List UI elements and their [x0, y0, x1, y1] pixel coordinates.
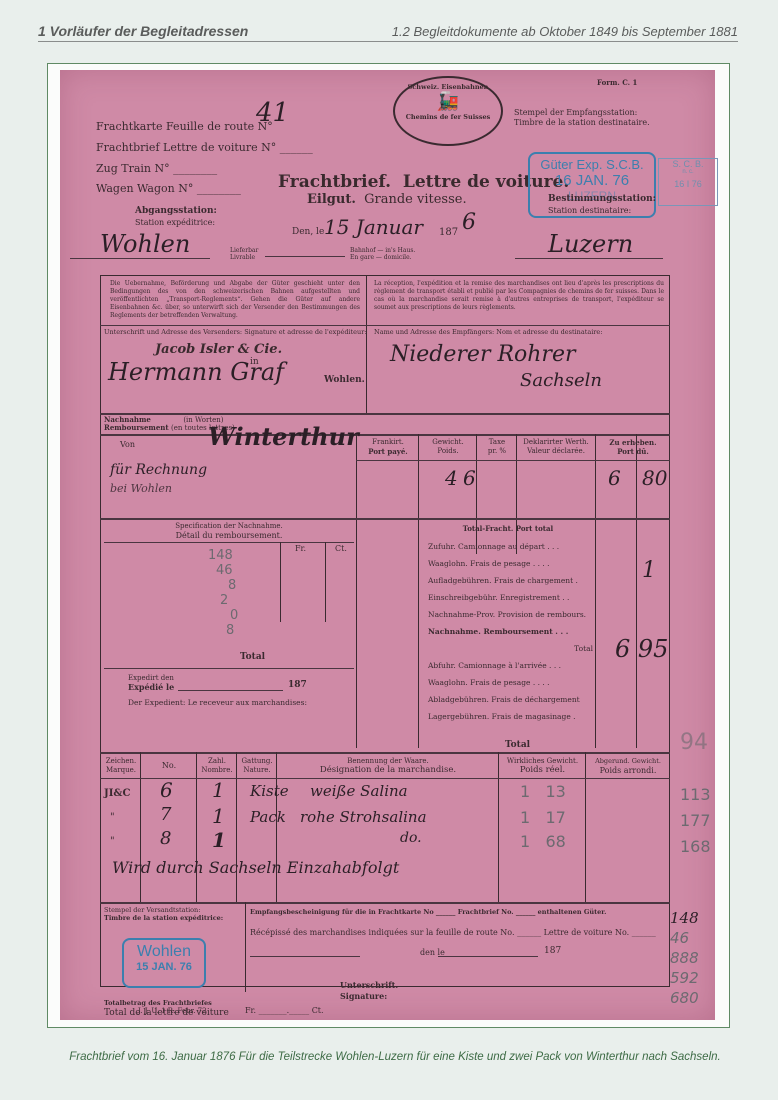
designation-header: Benennung der Waare.Désignation de la ma…: [278, 757, 498, 775]
document-subtitle: Eilgut. Grande vitesse.: [307, 192, 467, 207]
nature-header: Gattung.Nature.: [238, 757, 276, 775]
fee-row: Abfuhr. Camionnage à l'arrivée . . .: [428, 657, 593, 674]
goods-row-2-nombre: 1: [212, 804, 225, 828]
goods-row-2-no: 7: [160, 804, 171, 825]
fee-camionnage-value: 1: [642, 558, 656, 583]
goods-row-2-weight: 1 17: [520, 808, 566, 827]
fees-list: Zufuhr. Camionnage au départ . . . Waagl…: [428, 538, 593, 725]
destination-station-value: Luzern: [548, 230, 633, 258]
fee-row: Zufuhr. Camionnage au départ . . .: [428, 538, 593, 555]
marque-header: Zeichen.Marque.: [102, 757, 140, 775]
divider: [104, 542, 354, 543]
emblem-top-text: Schweiz. Eisenbahnen: [395, 83, 501, 91]
destination-stamp-label: Stempel der Empfangsstation: Timbre de l…: [514, 108, 650, 128]
divider: [476, 434, 477, 554]
departure-station-value: Wohlen: [100, 230, 190, 258]
divider: [636, 434, 637, 748]
taxe-header: Taxe pr. %: [478, 438, 516, 456]
signature-label: Unterschrift. Signature:: [340, 980, 398, 1002]
divider: [100, 413, 670, 415]
fee-row: Abladgebühren. Frais de déchargement: [428, 691, 593, 708]
goods-row-3-no: 8: [160, 828, 171, 849]
poids-arrondi-header: Abgerund. Gewicht.Poids arrondi.: [587, 757, 669, 775]
divider: [104, 668, 354, 669]
divider: [100, 434, 670, 436]
goods-row-1-weight: 1 13: [520, 782, 566, 801]
livrable-line: [265, 256, 345, 257]
divider: [276, 752, 277, 902]
receipt-date-line: [438, 956, 538, 957]
chapter-title: 1 Vorläufer der Begleitadressen: [38, 23, 248, 39]
cod-pencil-notes: 148 46 8 2 0 8: [208, 548, 238, 638]
recipient-name: Niederer Rohrer: [390, 342, 576, 367]
divider: [100, 902, 670, 904]
receipt-year: 187: [544, 946, 561, 956]
von-label: Von: [120, 440, 135, 449]
recipient-label: Name und Adresse des Empfängers: Nom et …: [374, 328, 602, 336]
conditions-de: Die Uebernahme, Beförderung und Abgabe d…: [110, 280, 360, 320]
emblem-bottom-text: Chemins de fer Suisses: [395, 113, 501, 121]
figure-caption: Frachtbrief vom 16. Januar 1876 Für die …: [55, 1051, 735, 1063]
lettre-de-voiture-field: Frachtbrief Lettre de voiture N° ______: [96, 141, 313, 154]
feuille-de-route-value: 41: [256, 98, 289, 128]
year-suffix: 6: [462, 210, 476, 235]
nombre-header: Zahl.Nombre.: [198, 757, 236, 775]
margin-calc: 148 46 888 592 680: [670, 908, 699, 1008]
sender-town: Wohlen.: [324, 375, 365, 385]
secondary-stamp: S. C. B. n. c. 16 I 76: [658, 158, 718, 206]
wagon-no-field: Wagen Wagon N° ________: [96, 182, 241, 195]
weight-value-2: 6: [463, 466, 476, 490]
cod-fr-col: Fr.: [295, 544, 306, 553]
port-du-ct-value: 80: [642, 466, 667, 490]
goods-row-1-nature: Kiste: [250, 782, 289, 800]
weight-value-1: 4: [445, 466, 458, 490]
sender-label: Unterschrift und Adresse des Versenders:…: [104, 328, 367, 336]
printer-mark: J. J. U. 1 R. Febr. 72: [138, 1007, 207, 1015]
fee-row: Waaglohn. Frais de pesage . . . .: [428, 555, 593, 572]
cod-spec-title: Specification der Nachnahme. Détail du r…: [104, 522, 354, 540]
livrable-label: Lieferbar Livrable: [230, 247, 258, 261]
total-fr-field: Fr. _______._____ Ct.: [245, 1006, 324, 1015]
section-title: 1.2 Begleitdokumente ab Oktober 1849 bis…: [392, 24, 738, 39]
divider: [140, 752, 141, 902]
sender-handwritten-name: Hermann Graf: [108, 358, 284, 386]
form-number: Form. C. 1: [597, 78, 637, 87]
goods-row-3-weight: 1 68: [520, 832, 566, 851]
expedie-year: 187: [288, 680, 307, 690]
goods-row-3-designation: do.: [400, 830, 422, 846]
divider: [366, 275, 367, 413]
destination-line: [515, 258, 663, 259]
feuille-de-route-field: Frachtkarte Feuille de route N° 41: [96, 120, 273, 133]
margin-weights: 113 177 168: [680, 782, 711, 860]
goods-row-1-designation: weiße Salina: [310, 782, 408, 800]
dispatch-stamp-label: Stempel der Versandtstation: Timbre de l…: [104, 906, 223, 922]
receipt-label-fr: Récépissé des marchandises indiquées sur…: [250, 928, 660, 937]
goods-row-2-marque: ": [110, 812, 115, 823]
divider: [585, 752, 586, 902]
date-value: 15 Januar: [324, 215, 423, 239]
divider: [325, 542, 326, 622]
sender-company: Jacob Isler & Cie.: [155, 342, 282, 357]
cod-ct-col: Ct.: [335, 544, 347, 553]
goods-row-1-nombre: 1: [212, 778, 225, 802]
departure-line: [70, 258, 210, 259]
divider: [595, 434, 596, 748]
goods-row-1-no: 6: [160, 778, 173, 802]
year-prefix: 187: [439, 227, 458, 238]
fee-row: Einschreibgebühr. Enregistrement . .: [428, 589, 593, 606]
divider: [356, 460, 670, 461]
port-du-header: Zu erheben. Port dû.: [597, 438, 669, 456]
port-paye-header: Frankirt. Port payé.: [360, 438, 416, 456]
dispatch-stamp: Wohlen 15 JAN. 76: [122, 938, 206, 988]
divider: [100, 325, 670, 326]
fee-row: Nachnahme. Remboursement . . .: [428, 623, 593, 640]
goods-row-3-nombre: 1: [212, 828, 226, 852]
document-title: Frachtbrief. Lettre de voiture.: [278, 172, 569, 192]
no-header: No.: [142, 761, 196, 770]
fee-row: Total: [428, 640, 593, 657]
en-gare-label: Bahnhof — in's Haus. En gare — domicile.: [350, 247, 415, 261]
divider: [196, 752, 197, 902]
divider: [356, 434, 357, 748]
fee-row: Aufladgebühren. Frais de chargement .: [428, 572, 593, 589]
valeur-declaree-header: Deklarirter Werth. Valeur déclarée.: [518, 438, 594, 456]
locomotive-icon: 🚂: [395, 91, 501, 113]
route-line-3: bei Wohlen: [110, 482, 172, 495]
page-header: 1 Vorläufer der Begleitadressen 1.2 Begl…: [38, 20, 738, 42]
divider: [100, 778, 670, 779]
expedie-line: [178, 690, 283, 691]
divider: [236, 752, 237, 902]
train-no-field: Zug Train N° ________: [96, 162, 217, 175]
goods-row-2-designation: rohe Strohsalina: [300, 808, 427, 826]
fee-row: Waaglohn. Frais de pesage . . . .: [428, 674, 593, 691]
departure-label: Abgangsstation: Station expéditrice:: [135, 206, 217, 228]
cod-total-label: Total: [240, 652, 265, 662]
fees-header: Total-Fracht. Port total: [428, 524, 588, 533]
date-prefix: Den, le: [292, 227, 324, 237]
goods-row-1-marque: JI&C: [104, 788, 130, 799]
fee-row: Nachnahme-Prov. Provision de rembours.: [428, 606, 593, 623]
fee-total-value: 6 95: [615, 635, 668, 663]
divider: [516, 434, 517, 554]
railway-emblem: Schweiz. Eisenbahnen 🚂 Chemins de fer Su…: [393, 76, 503, 146]
poids-header: Gewicht. Poids.: [420, 438, 476, 456]
goods-row-3-marque: ": [110, 836, 115, 847]
route-line-2: für Rechnung: [110, 462, 207, 478]
von-value: Winterthur: [208, 422, 359, 451]
divider: [280, 542, 281, 622]
conditions-fr: La réception, l'expédition et la remise …: [374, 280, 664, 312]
fees-total-label: Total: [505, 740, 530, 750]
poids-reel-header: Wirkliches Gewicht.Poids réel.: [500, 757, 585, 775]
port-du-fr-value: 6: [608, 466, 621, 490]
divider: [245, 902, 246, 992]
divider: [418, 434, 419, 748]
receveur-label: Der Expedient: Le receveur aux marchandi…: [128, 698, 307, 707]
receipt-line: [250, 956, 360, 957]
divider: [100, 518, 670, 520]
expedie-label: Expedirt den Expédié le: [128, 674, 174, 692]
margin-note: 94: [680, 730, 708, 755]
recipient-town: Sachseln: [520, 370, 602, 391]
goods-row-2-nature: Pack: [250, 808, 286, 826]
goods-note: Wird durch Sachseln Einzahabfolgt: [112, 858, 399, 877]
fee-row: Lagergebühren. Frais de magasinage .: [428, 708, 593, 725]
receipt-label-de: Empfangsbescheinigung für die in Frachtk…: [250, 908, 660, 916]
destination-label: Bestimmungsstation: Station destinataire…: [548, 194, 656, 216]
divider: [498, 752, 499, 902]
waybill-document: Form. C. 1 Schweiz. Eisenbahnen 🚂 Chemin…: [60, 70, 715, 1020]
